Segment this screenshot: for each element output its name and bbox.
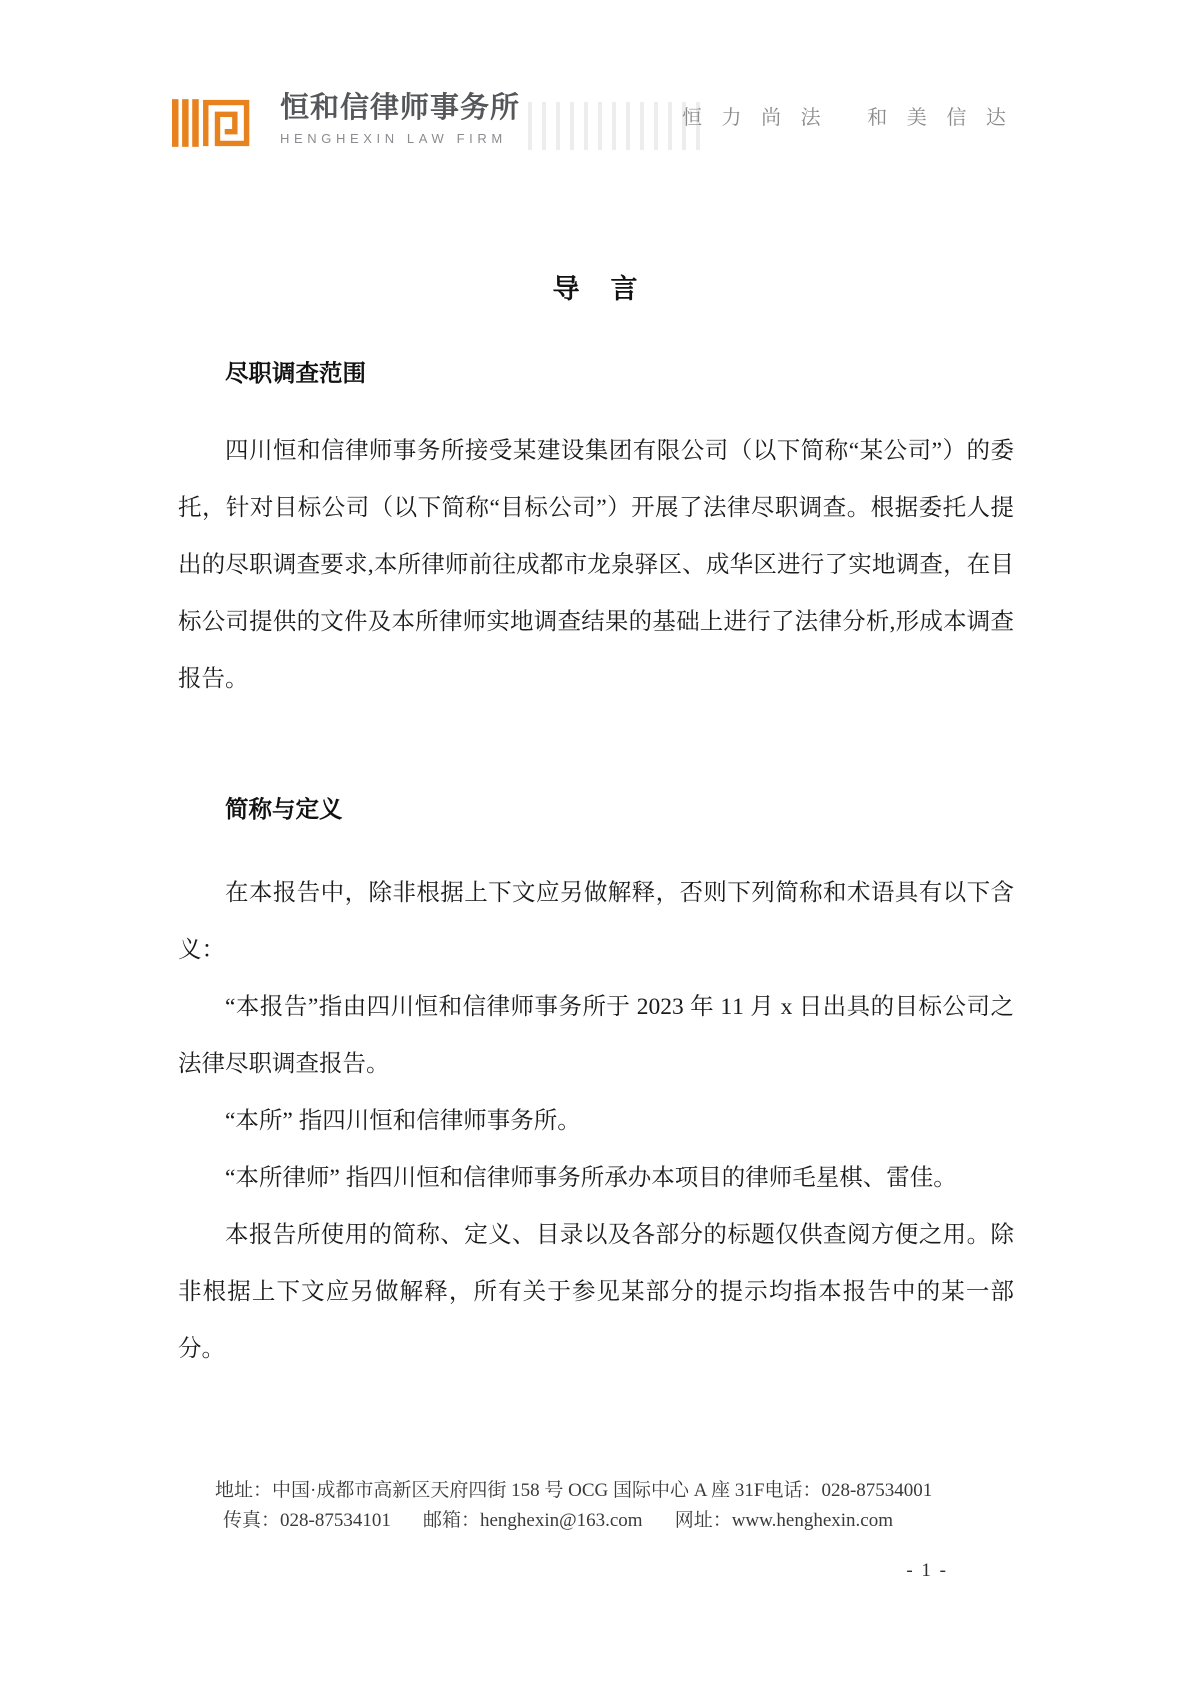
footer-phone: 电话：028-87534001: [764, 1476, 932, 1506]
footer-line-1: 地址：中国·成都市高新区天府四街 158 号 OCG 国际中心 A 座 31F …: [215, 1476, 893, 1506]
header-stripes-decoration: [528, 102, 703, 150]
section-heading-due-diligence-scope: 尽职调查范围: [178, 346, 1014, 403]
footer-address: 地址：中国·成都市高新区天府四街 158 号 OCG 国际中心 A 座 31F: [215, 1476, 764, 1506]
footer-website: 网址：www.henghexin.com: [675, 1506, 893, 1536]
footer-fax: 传真：028-87534101: [223, 1506, 391, 1536]
section-heading-definitions: 简称与定义: [178, 782, 1014, 839]
paragraph-definitions-intro: 在本报告中，除非根据上下文应另做解释，否则下列简称和术语具有以下含义：: [178, 865, 1014, 979]
document-page-body: 导 言 尽职调查范围 四川恒和信律师事务所接受某建设集团有限公司（以下简称“某公…: [178, 165, 1014, 1378]
page-footer: 地址：中国·成都市高新区天府四街 158 号 OCG 国际中心 A 座 31F …: [215, 1476, 893, 1536]
header-slogan: 恒 力 尚 法 和 美 信 达: [682, 104, 1013, 132]
footer-email: 邮箱：henghexin@163.com: [423, 1506, 643, 1536]
paragraph-definition-lawyers: “本所律师” 指四川恒和信律师事务所承办本项目的律师毛星棋、雷佳。: [178, 1150, 1014, 1207]
paragraph-headings-disclaimer: 本报告所使用的简称、定义、目录以及各部分的标题仅供查阅方便之用。除非根据上下文应…: [178, 1207, 1014, 1378]
brand-text-block: 恒和信律师事务所 HENGHEXIN LAW FIRM: [280, 90, 520, 147]
page-header: 恒和信律师事务所 HENGHEXIN LAW FIRM 恒 力 尚 法 和 美 …: [0, 0, 1190, 165]
page-number: - 1 -: [906, 1560, 948, 1582]
paragraph-definition-firm: “本所” 指四川恒和信律师事务所。: [178, 1093, 1014, 1150]
law-firm-logo: 恒和信律师事务所 HENGHEXIN LAW FIRM: [172, 90, 520, 156]
henghexin-logo-icon: [172, 90, 250, 156]
brand-name-en: HENGHEXIN LAW FIRM: [280, 131, 520, 147]
document-title: 导 言: [178, 261, 1014, 318]
paragraph-due-diligence-scope: 四川恒和信律师事务所接受某建设集团有限公司（以下简称“某公司”）的委托，针对目标…: [178, 423, 1014, 708]
brand-name-cn: 恒和信律师事务所: [280, 90, 520, 126]
paragraph-definition-report: “本报告”指由四川恒和信律师事务所于 2023 年 11 月 x 日出具的目标公…: [178, 979, 1014, 1093]
footer-line-2: 传真：028-87534101 邮箱：henghexin@163.com 网址：…: [215, 1506, 893, 1536]
